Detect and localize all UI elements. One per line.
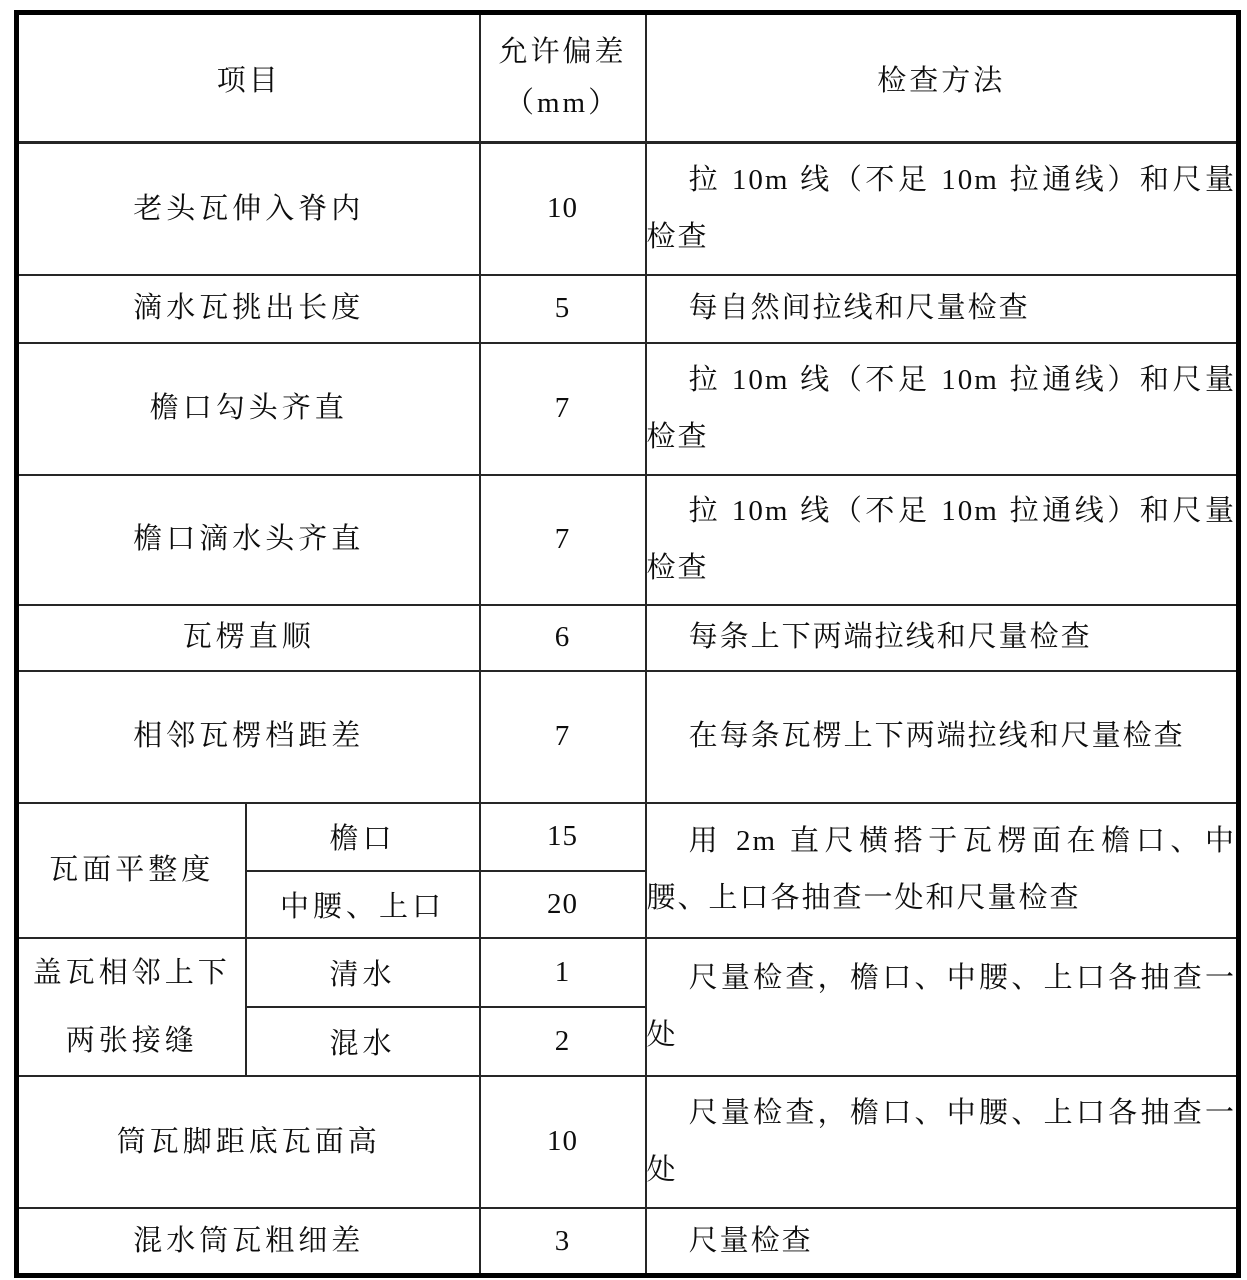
table-row: 混水筒瓦粗细差 3 尺量检查 (17, 1208, 1239, 1276)
header-deviation-cell: 允许偏差 （mm） (480, 13, 646, 143)
item-cell: 筒瓦脚距底瓦面高 (17, 1076, 480, 1208)
table-row: 筒瓦脚距底瓦面高 10 尺量检查，檐口、中腰、上口各抽查一处 (17, 1076, 1239, 1208)
item-sub-cell: 中腰、上口 (246, 871, 480, 938)
method-cell: 用 2m 直尺横搭于瓦楞面在檐口、中腰、上口各抽查一处和尺量检查 (646, 803, 1239, 938)
method-cell: 尺量检查 (646, 1208, 1239, 1276)
method-cell: 尺量检查，檐口、中腰、上口各抽查一处 (646, 1076, 1239, 1208)
item-sub-cell: 清水 (246, 938, 480, 1008)
deviation-cell: 15 (480, 803, 646, 871)
item-sub-cell: 混水 (246, 1007, 480, 1076)
header-method-cell: 检查方法 (646, 13, 1239, 143)
header-item-cell: 项目 (17, 13, 480, 143)
table-header-row: 项目 允许偏差 （mm） 检查方法 (17, 13, 1239, 143)
item-cell: 滴水瓦挑出长度 (17, 275, 480, 343)
deviation-cell: 6 (480, 605, 646, 671)
method-cell: 尺量检查，檐口、中腰、上口各抽查一处 (646, 938, 1239, 1076)
table-row: 相邻瓦楞档距差 7 在每条瓦楞上下两端拉线和尺量检查 (17, 671, 1239, 803)
item-group-cell: 盖瓦相邻上下两张接缝 (17, 938, 246, 1076)
deviation-cell: 10 (480, 143, 646, 275)
table-row: 滴水瓦挑出长度 5 每自然间拉线和尺量检查 (17, 275, 1239, 343)
table-row: 檐口勾头齐直 7 拉 10m 线（不足 10m 拉通线）和尺量检查 (17, 343, 1239, 475)
table-row: 瓦面平整度 檐口 15 用 2m 直尺横搭于瓦楞面在檐口、中腰、上口各抽查一处和… (17, 803, 1239, 871)
header-deviation-label: 允许偏差 (481, 27, 645, 78)
item-sub-cell: 檐口 (246, 803, 480, 871)
item-cell: 檐口滴水头齐直 (17, 475, 480, 605)
deviation-cell: 3 (480, 1208, 646, 1276)
table-row: 老头瓦伸入脊内 10 拉 10m 线（不足 10m 拉通线）和尺量检查 (17, 143, 1239, 275)
method-cell: 每自然间拉线和尺量检查 (646, 275, 1239, 343)
deviation-cell: 2 (480, 1007, 646, 1076)
deviation-cell: 7 (480, 475, 646, 605)
item-cell: 相邻瓦楞档距差 (17, 671, 480, 803)
deviation-cell: 5 (480, 275, 646, 343)
deviation-cell: 20 (480, 871, 646, 938)
table-row: 盖瓦相邻上下两张接缝 清水 1 尺量检查，檐口、中腰、上口各抽查一处 (17, 938, 1239, 1008)
deviation-cell: 7 (480, 671, 646, 803)
deviation-cell: 10 (480, 1076, 646, 1208)
deviation-cell: 7 (480, 343, 646, 475)
method-cell: 每条上下两端拉线和尺量检查 (646, 605, 1239, 671)
tolerance-inspection-table: 项目 允许偏差 （mm） 检查方法 老头瓦伸入脊内 10 拉 10m 线（不足 … (14, 10, 1241, 1278)
header-deviation-unit: （mm） (481, 78, 645, 129)
method-cell: 拉 10m 线（不足 10m 拉通线）和尺量检查 (646, 475, 1239, 605)
method-cell: 拉 10m 线（不足 10m 拉通线）和尺量检查 (646, 143, 1239, 275)
document-page: 项目 允许偏差 （mm） 检查方法 老头瓦伸入脊内 10 拉 10m 线（不足 … (0, 0, 1247, 1280)
table-row: 瓦楞直顺 6 每条上下两端拉线和尺量检查 (17, 605, 1239, 671)
item-cell: 老头瓦伸入脊内 (17, 143, 480, 275)
method-cell: 在每条瓦楞上下两端拉线和尺量检查 (646, 671, 1239, 803)
table-row: 檐口滴水头齐直 7 拉 10m 线（不足 10m 拉通线）和尺量检查 (17, 475, 1239, 605)
item-group-cell: 瓦面平整度 (17, 803, 246, 938)
header-method-label: 检查方法 (877, 65, 1005, 97)
item-cell: 檐口勾头齐直 (17, 343, 480, 475)
header-item-label: 项目 (217, 65, 281, 97)
item-cell: 瓦楞直顺 (17, 605, 480, 671)
item-cell: 混水筒瓦粗细差 (17, 1208, 480, 1276)
deviation-cell: 1 (480, 938, 646, 1008)
method-cell: 拉 10m 线（不足 10m 拉通线）和尺量检查 (646, 343, 1239, 475)
